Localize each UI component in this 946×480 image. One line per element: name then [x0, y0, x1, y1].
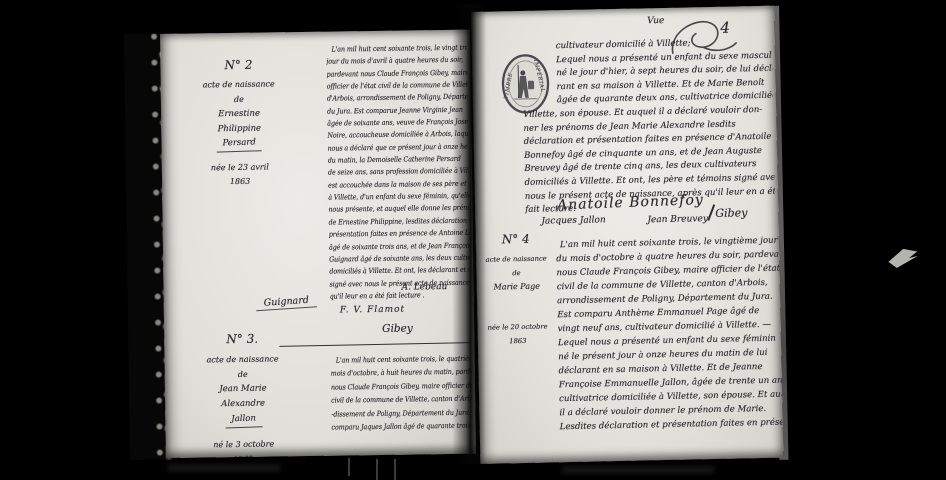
folio-number: 4 [719, 19, 730, 37]
act-3-text: L'an mil huit cent soixante trois, le qu… [330, 352, 472, 434]
scanned-register-spread: N° 2 acte de naissance de Ernestine Phil… [0, 0, 946, 480]
birth-year: 1863 [166, 174, 314, 191]
bookmark-ribbon [394, 459, 396, 480]
birth-year: 1863 [480, 333, 556, 349]
signature-gibey-left: Gibey [382, 323, 413, 335]
act-4-number: N° 4 [478, 228, 554, 250]
right-page: Vue 4 TIMBRE IMPÉRIAL cultivateur domici… [471, 6, 783, 464]
birth-date-line: née le 20 octobre [479, 319, 555, 335]
child-name: Marie Page [479, 279, 555, 295]
act-2-number: N° 2 [164, 54, 312, 76]
signature-flamot: F. V. Flamot [340, 305, 405, 316]
shadow-smudge [562, 466, 714, 474]
child-surname: Persard [165, 135, 313, 153]
folio-word: Vue [647, 16, 664, 26]
manuscript-text-line: comparu Jaques Jallon âgé de quarante tr… [331, 419, 472, 434]
act-4-text: L'an mil huit cent soixante trois, le vi… [556, 233, 784, 434]
margin-note-act-4: N° 4 acte de naissance de Marie Page née… [478, 228, 556, 349]
act-3-continuation-text: cultivateur domicilié à Villette;Lequel … [522, 36, 776, 218]
signature-breuvey: Jean Breuvey [647, 214, 708, 225]
shadow-smudge [168, 464, 280, 472]
act-2-text: L'an mil huit cent soixante trois, le vi… [326, 42, 470, 303]
margin-line: acte de naissance [478, 251, 554, 267]
paper-fragment [887, 247, 919, 269]
margin-note-act-2: N° 2 acte de naissance de Ernestine Phil… [164, 54, 314, 191]
manuscript-text-line: signé avec nous le présent acte de naiss… [329, 276, 470, 290]
birth-year: 1863. [170, 451, 318, 458]
act-3-number: N° 3. [168, 328, 316, 350]
signature-lebeau: A. Lebeau [401, 282, 447, 293]
signature-guignard: Guignard [255, 294, 317, 311]
margin-note-act-3: N° 3. acte de naissance de Jean Marie Al… [168, 328, 318, 458]
manuscript-text-line: qu'il leur en a été fait lecture . [330, 289, 471, 303]
signature-gibey-right: Gibey [715, 206, 747, 220]
bookmark-ribbon [376, 459, 378, 480]
signature-jallon: Jacques Jallon [541, 215, 606, 226]
left-page: N° 2 acte de naissance de Ernestine Phil… [160, 30, 476, 458]
child-surname: Jallon [169, 411, 317, 429]
bookmark-ribbon [348, 458, 350, 476]
